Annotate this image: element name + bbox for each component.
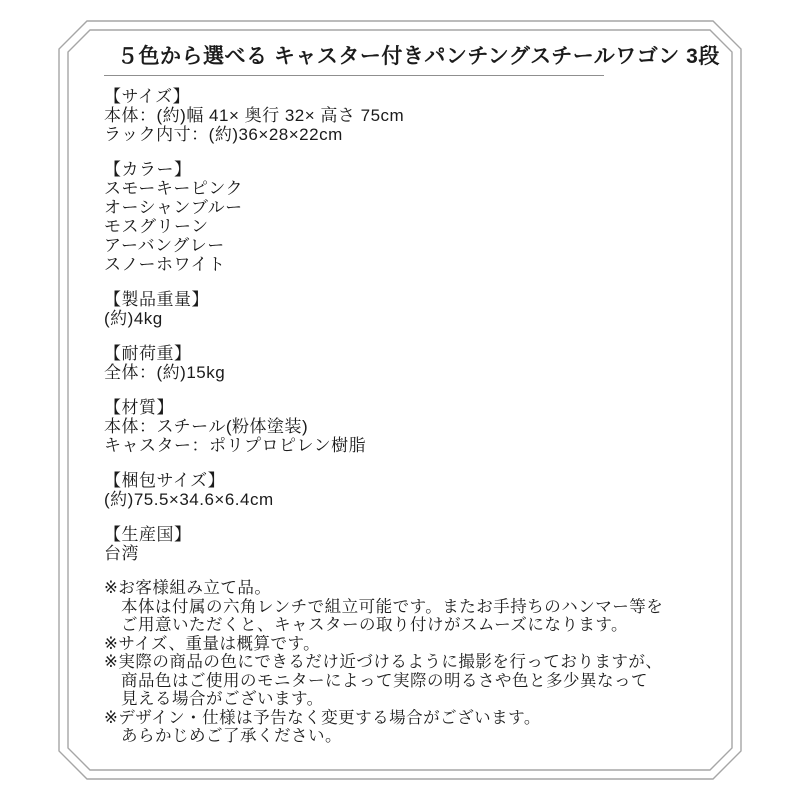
section-product-weight: 【製品重量】 (約)4kg	[104, 290, 714, 328]
note-line: ※デザイン・仕様は予告なく変更する場合がございます。	[104, 709, 714, 728]
section-color: 【カラー】 スモーキーピンク オーシャンブルー モスグリーン アーバングレー ス…	[104, 160, 714, 274]
section-heading: 【材質】	[104, 398, 714, 417]
section-heading: 【カラー】	[104, 160, 714, 179]
note-line: 見える場合がございます。	[104, 690, 714, 709]
section-load-capacity: 【耐荷重】 全体：(約)15kg	[104, 344, 714, 382]
disclaimer-notes: ※お客様組み立て品。 本体は付属の六角レンチで組立可能です。またお手持ちのハンマ…	[104, 579, 714, 746]
section-size: 【サイズ】 本体：(約)幅 41× 奥行 32× 高さ 75cm ラック内寸：(…	[104, 87, 714, 144]
spec-line: (約)4kg	[104, 309, 714, 328]
spec-line: 本体：スチール(粉体塗装)	[104, 417, 714, 436]
note-line: ご用意いただくと、キャスターの取り付けがスムーズになります。	[104, 616, 714, 635]
spec-line: ラック内寸：(約)36×28×22cm	[104, 125, 714, 144]
spec-sections: 【サイズ】 本体：(約)幅 41× 奥行 32× 高さ 75cm ラック内寸：(…	[104, 87, 714, 563]
title-header: ５色から選べる キャスター付きパンチングスチールワゴン 3段	[104, 46, 604, 76]
spec-line: 全体：(約)15kg	[104, 363, 714, 382]
section-package-size: 【梱包サイズ】 (約)75.5×34.6×6.4cm	[104, 471, 714, 509]
note-line: 本体は付属の六角レンチで組立可能です。またお手持ちのハンマー等を	[104, 598, 714, 617]
note-line: 商品色はご使用のモニターによって実際の明るさや色と多少異なって	[104, 672, 714, 691]
section-heading: 【生産国】	[104, 525, 714, 544]
section-heading: 【梱包サイズ】	[104, 471, 714, 490]
section-country-of-origin: 【生産国】 台湾	[104, 525, 714, 563]
color-option: スノーホワイト	[104, 255, 714, 274]
section-heading: 【耐荷重】	[104, 344, 714, 363]
note-line: ※実際の商品の色にできるだけ近づけるように撮影を行っておりますが、	[104, 653, 714, 672]
color-option: モスグリーン	[104, 217, 714, 236]
note-line: ※サイズ、重量は概算です。	[104, 635, 714, 654]
color-option: スモーキーピンク	[104, 179, 714, 198]
section-material: 【材質】 本体：スチール(粉体塗装) キャスター：ポリプロピレン樹脂	[104, 398, 714, 455]
spec-line: (約)75.5×34.6×6.4cm	[104, 490, 714, 509]
note-line: ※お客様組み立て品。	[104, 579, 714, 598]
spec-line: 台湾	[104, 544, 714, 563]
color-option: オーシャンブルー	[104, 198, 714, 217]
note-line: あらかじめご了承ください。	[104, 727, 714, 746]
product-spec-page: ５色から選べる キャスター付きパンチングスチールワゴン 3段 【サイズ】 本体：…	[0, 0, 800, 800]
color-option: アーバングレー	[104, 236, 714, 255]
section-heading: 【サイズ】	[104, 87, 714, 106]
section-heading: 【製品重量】	[104, 290, 714, 309]
spec-line: 本体：(約)幅 41× 奥行 32× 高さ 75cm	[104, 106, 714, 125]
spec-line: キャスター：ポリプロピレン樹脂	[104, 436, 714, 455]
spec-content: ５色から選べる キャスター付きパンチングスチールワゴン 3段 【サイズ】 本体：…	[104, 46, 714, 746]
product-title: ５色から選べる キャスター付きパンチングスチールワゴン 3段	[117, 46, 604, 68]
